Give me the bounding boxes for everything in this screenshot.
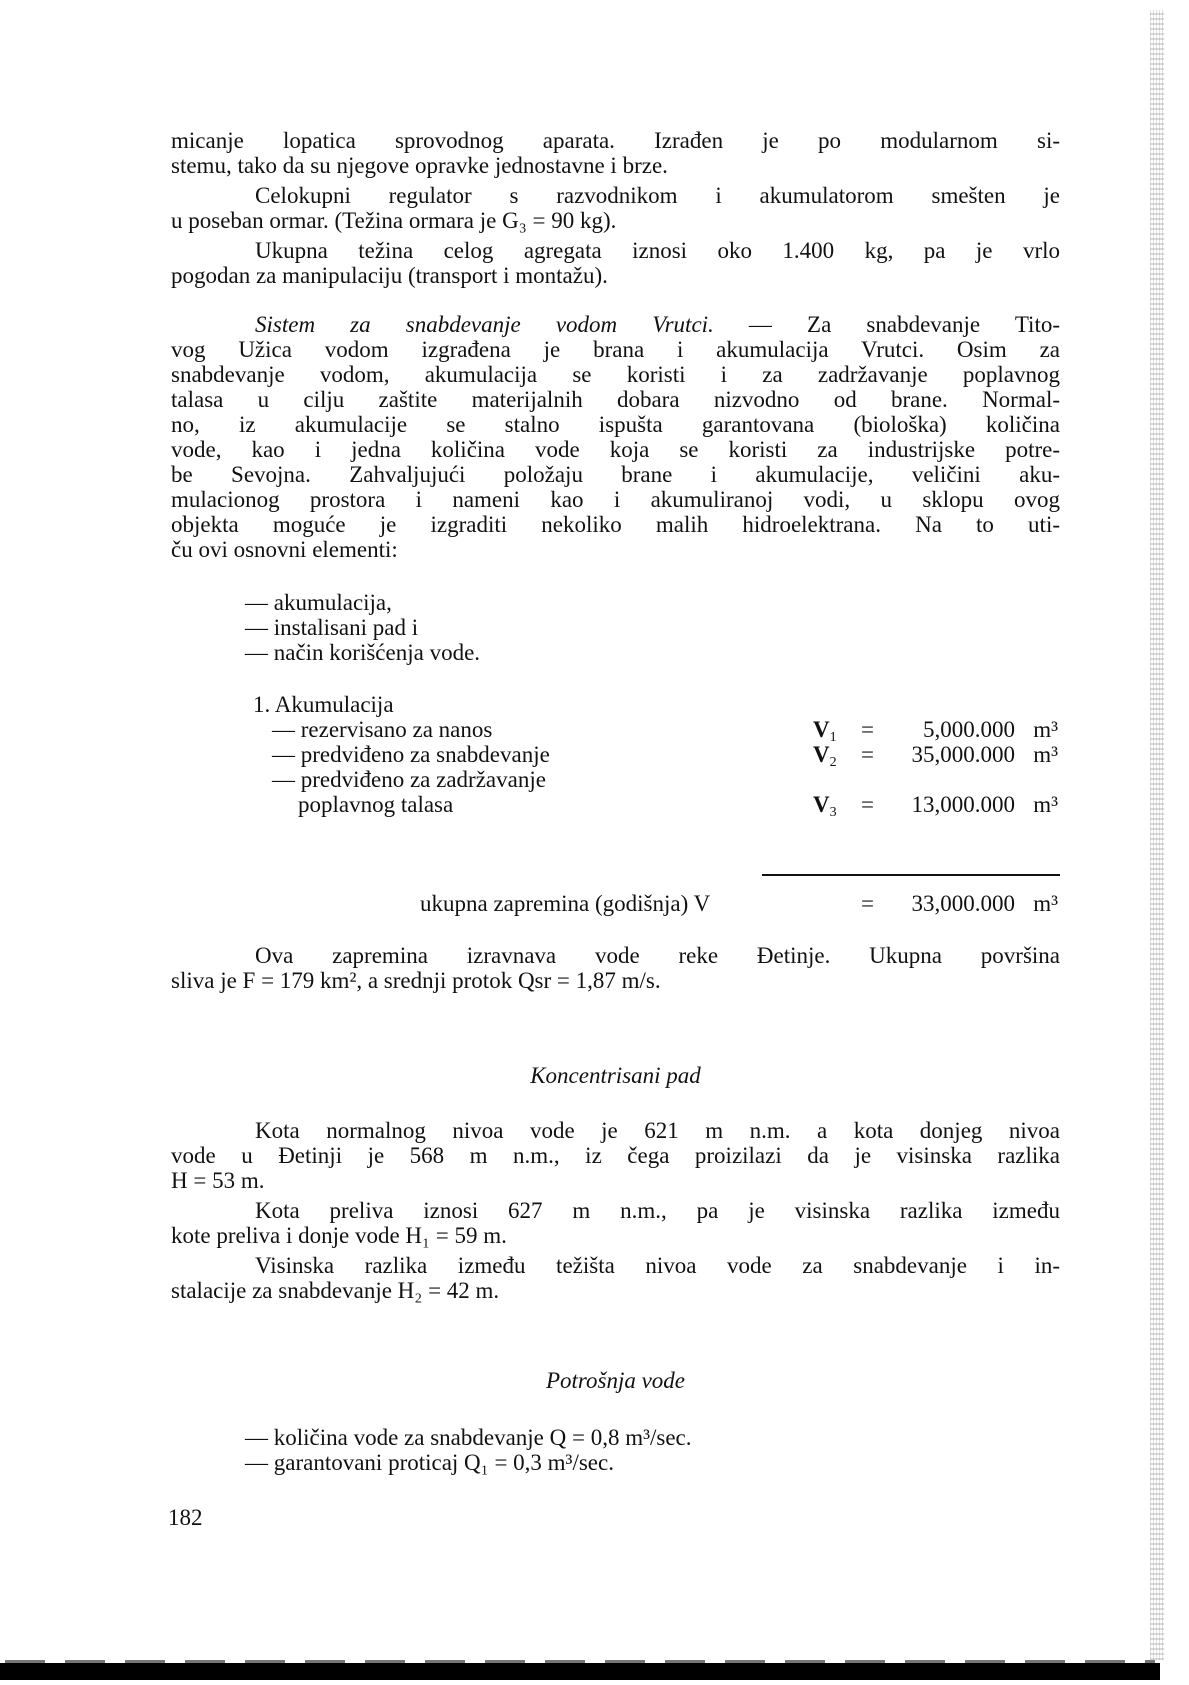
text-line: stalacije za snabdevanje H₂ = 42 m.: [171, 1278, 1060, 1303]
volume-var-sub: 3: [830, 805, 837, 820]
text-line: sliva je F = 179 km², a srednji protok Q…: [171, 968, 1060, 993]
text-line: Visinska razlika između težišta nivoa vo…: [255, 1253, 1060, 1278]
text-line: vog Užica vodom izgrađena je brana i aku…: [171, 337, 1060, 362]
text-line: objekta moguće je izgraditi nekoliko mal…: [171, 512, 1060, 537]
section-title-potrosnja: Potrošnja vode: [171, 1368, 1060, 1393]
text-line: stemu, tako da su njegove opravke jednos…: [171, 153, 1060, 178]
text-line: micanje lopatica sprovodnog aparata. Izr…: [171, 128, 1060, 153]
text-line: Ukupna težina celog agregata iznosi oko …: [255, 238, 1060, 263]
list-item: — akumulacija,: [245, 590, 392, 615]
volume-value: 33,000.000: [912, 891, 1016, 916]
equals-sign: =: [861, 717, 874, 742]
section-vrutci-first-line: Sistem za snabdevanje vodom Vrutci. — Za…: [255, 312, 1060, 337]
text-line: u poseban ormar. (Težina ormara je G₃ = …: [171, 208, 1060, 233]
volume-unit: m³: [1033, 742, 1058, 767]
equals-sign: =: [861, 792, 874, 817]
text-line: Ova zapremina izravnava vode reke Đetinj…: [255, 943, 1060, 968]
volume-row-value: V3 = 13,000.000 m³: [813, 792, 1060, 825]
text-line: pogodan za manipulaciju (transport i mon…: [171, 263, 1060, 288]
volume-row-label: — predviđeno za zadržavanje: [272, 767, 546, 792]
text-line: vode u Đetinji je 568 m n.m., iz čega pr…: [171, 1143, 1060, 1168]
volume-unit: m³: [1033, 891, 1058, 916]
list-item: — način korišćenja vode.: [245, 640, 480, 665]
text-line: talasa u cilju zaštite materijalnih doba…: [171, 387, 1060, 412]
volume-var-sub: 2: [830, 755, 837, 770]
scanned-page: micanje lopatica sprovodnog aparata. Izr…: [0, 0, 1189, 1685]
scan-edge-artifact: [1150, 10, 1164, 1660]
akumulacija-heading: 1. Akumulacija: [253, 692, 394, 717]
section-title-vrutci: Sistem za snabdevanje vodom Vrutci.: [255, 312, 714, 337]
equals-sign: =: [861, 891, 874, 916]
list-item: — količina vode za snabdevanje Q = 0,8 m…: [245, 1425, 692, 1450]
volume-value: 35,000.000: [912, 742, 1016, 767]
text-line: ču ovi osnovni elementi:: [171, 537, 1060, 562]
volume-row-label: — predviđeno za snabdevanje: [272, 742, 550, 767]
volume-row-value: V2 = 35,000.000 m³: [813, 742, 1060, 775]
text-span: — Za snabdevanje Tito-: [714, 312, 1060, 337]
volume-row-label: — rezervisano za nanos: [272, 717, 492, 742]
page-number: 182: [168, 1505, 203, 1530]
volume-unit: m³: [1033, 717, 1058, 742]
text-line: mulacionog prostora i nameni kao i akumu…: [171, 487, 1060, 512]
list-item: — instalisani pad i: [245, 615, 418, 640]
volume-value: 13,000.000: [912, 792, 1016, 817]
volume-unit: m³: [1033, 792, 1058, 817]
text-line: Celokupni regulator s razvodnikom i akum…: [255, 183, 1060, 208]
volume-var: V: [813, 792, 830, 817]
sum-rule: [762, 874, 1060, 876]
text-line: snabdevanje vodom, akumulacija se korist…: [171, 362, 1060, 387]
text-line: kote preliva i donje vode H₁ = 59 m.: [171, 1223, 1060, 1248]
equals-sign: =: [861, 742, 874, 767]
section-title-pad: Koncentrisani pad: [171, 1063, 1060, 1088]
text-line: no, iz akumulacije se stalno ispušta gar…: [171, 412, 1060, 437]
list-item: — garantovani proticaj Q₁ = 0,3 m³/sec.: [245, 1450, 614, 1475]
text-line: be Sevojna. Zahvaljujući položaju brane …: [171, 462, 1060, 487]
volume-value: 5,000.000: [923, 717, 1015, 742]
scan-bottom-bar: [0, 1663, 1160, 1680]
text-line: Kota normalnog nivoa vode je 621 m n.m. …: [255, 1118, 1060, 1143]
volume-row-label: poplavnog talasa: [298, 792, 453, 817]
volume-var: V: [813, 717, 830, 742]
volume-var: V: [813, 742, 830, 767]
text-line: H = 53 m.: [171, 1168, 1060, 1193]
total-volume-label: ukupna zapremina (godišnja) V: [420, 891, 710, 916]
text-line: Kota preliva iznosi 627 m n.m., pa je vi…: [255, 1198, 1060, 1223]
text-line: vode, kao i jedna količina vode koja se …: [171, 437, 1060, 462]
